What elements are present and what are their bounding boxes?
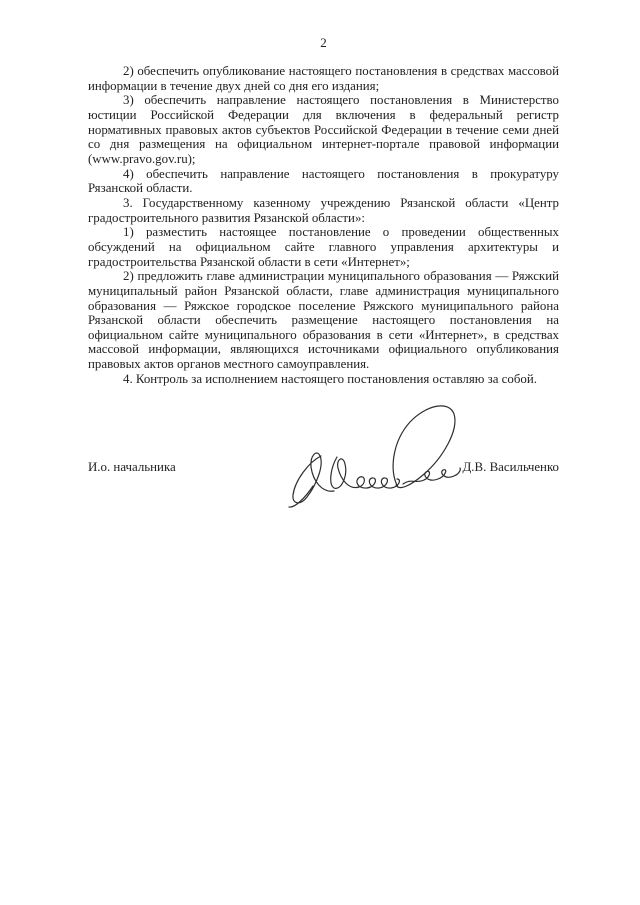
paragraph-prosecutor: 4) обеспечить направление настоящего пос… — [88, 167, 559, 196]
paragraph-post-on-site: 1) разместить настоящее постановление о … — [88, 225, 559, 269]
signature-row: И.о. начальника Д.В. Васильченко — [88, 460, 559, 475]
signatory-position-label: И.о. начальника — [88, 460, 176, 475]
signature-stroke-big-loop — [393, 406, 455, 488]
paragraph-publish-media: 2) обеспечить опубликование настоящего п… — [88, 64, 559, 93]
paragraph-state-institution: 3. Государственному казенному учреждению… — [88, 196, 559, 225]
document-page: 2 2) обеспечить опубликование настоящего… — [0, 0, 640, 905]
paragraph-control: 4. Контроль за исполнением настоящего по… — [88, 372, 559, 387]
paragraph-ministry-justice: 3) обеспечить направление настоящего пос… — [88, 93, 559, 166]
document-body: 2) обеспечить опубликование настоящего п… — [88, 64, 559, 386]
paragraph-municipalities: 2) предложить главе администрации муници… — [88, 269, 559, 372]
signatory-name: Д.В. Васильченко — [463, 460, 559, 475]
page-number: 2 — [88, 35, 559, 51]
signature-scribble — [283, 400, 468, 515]
